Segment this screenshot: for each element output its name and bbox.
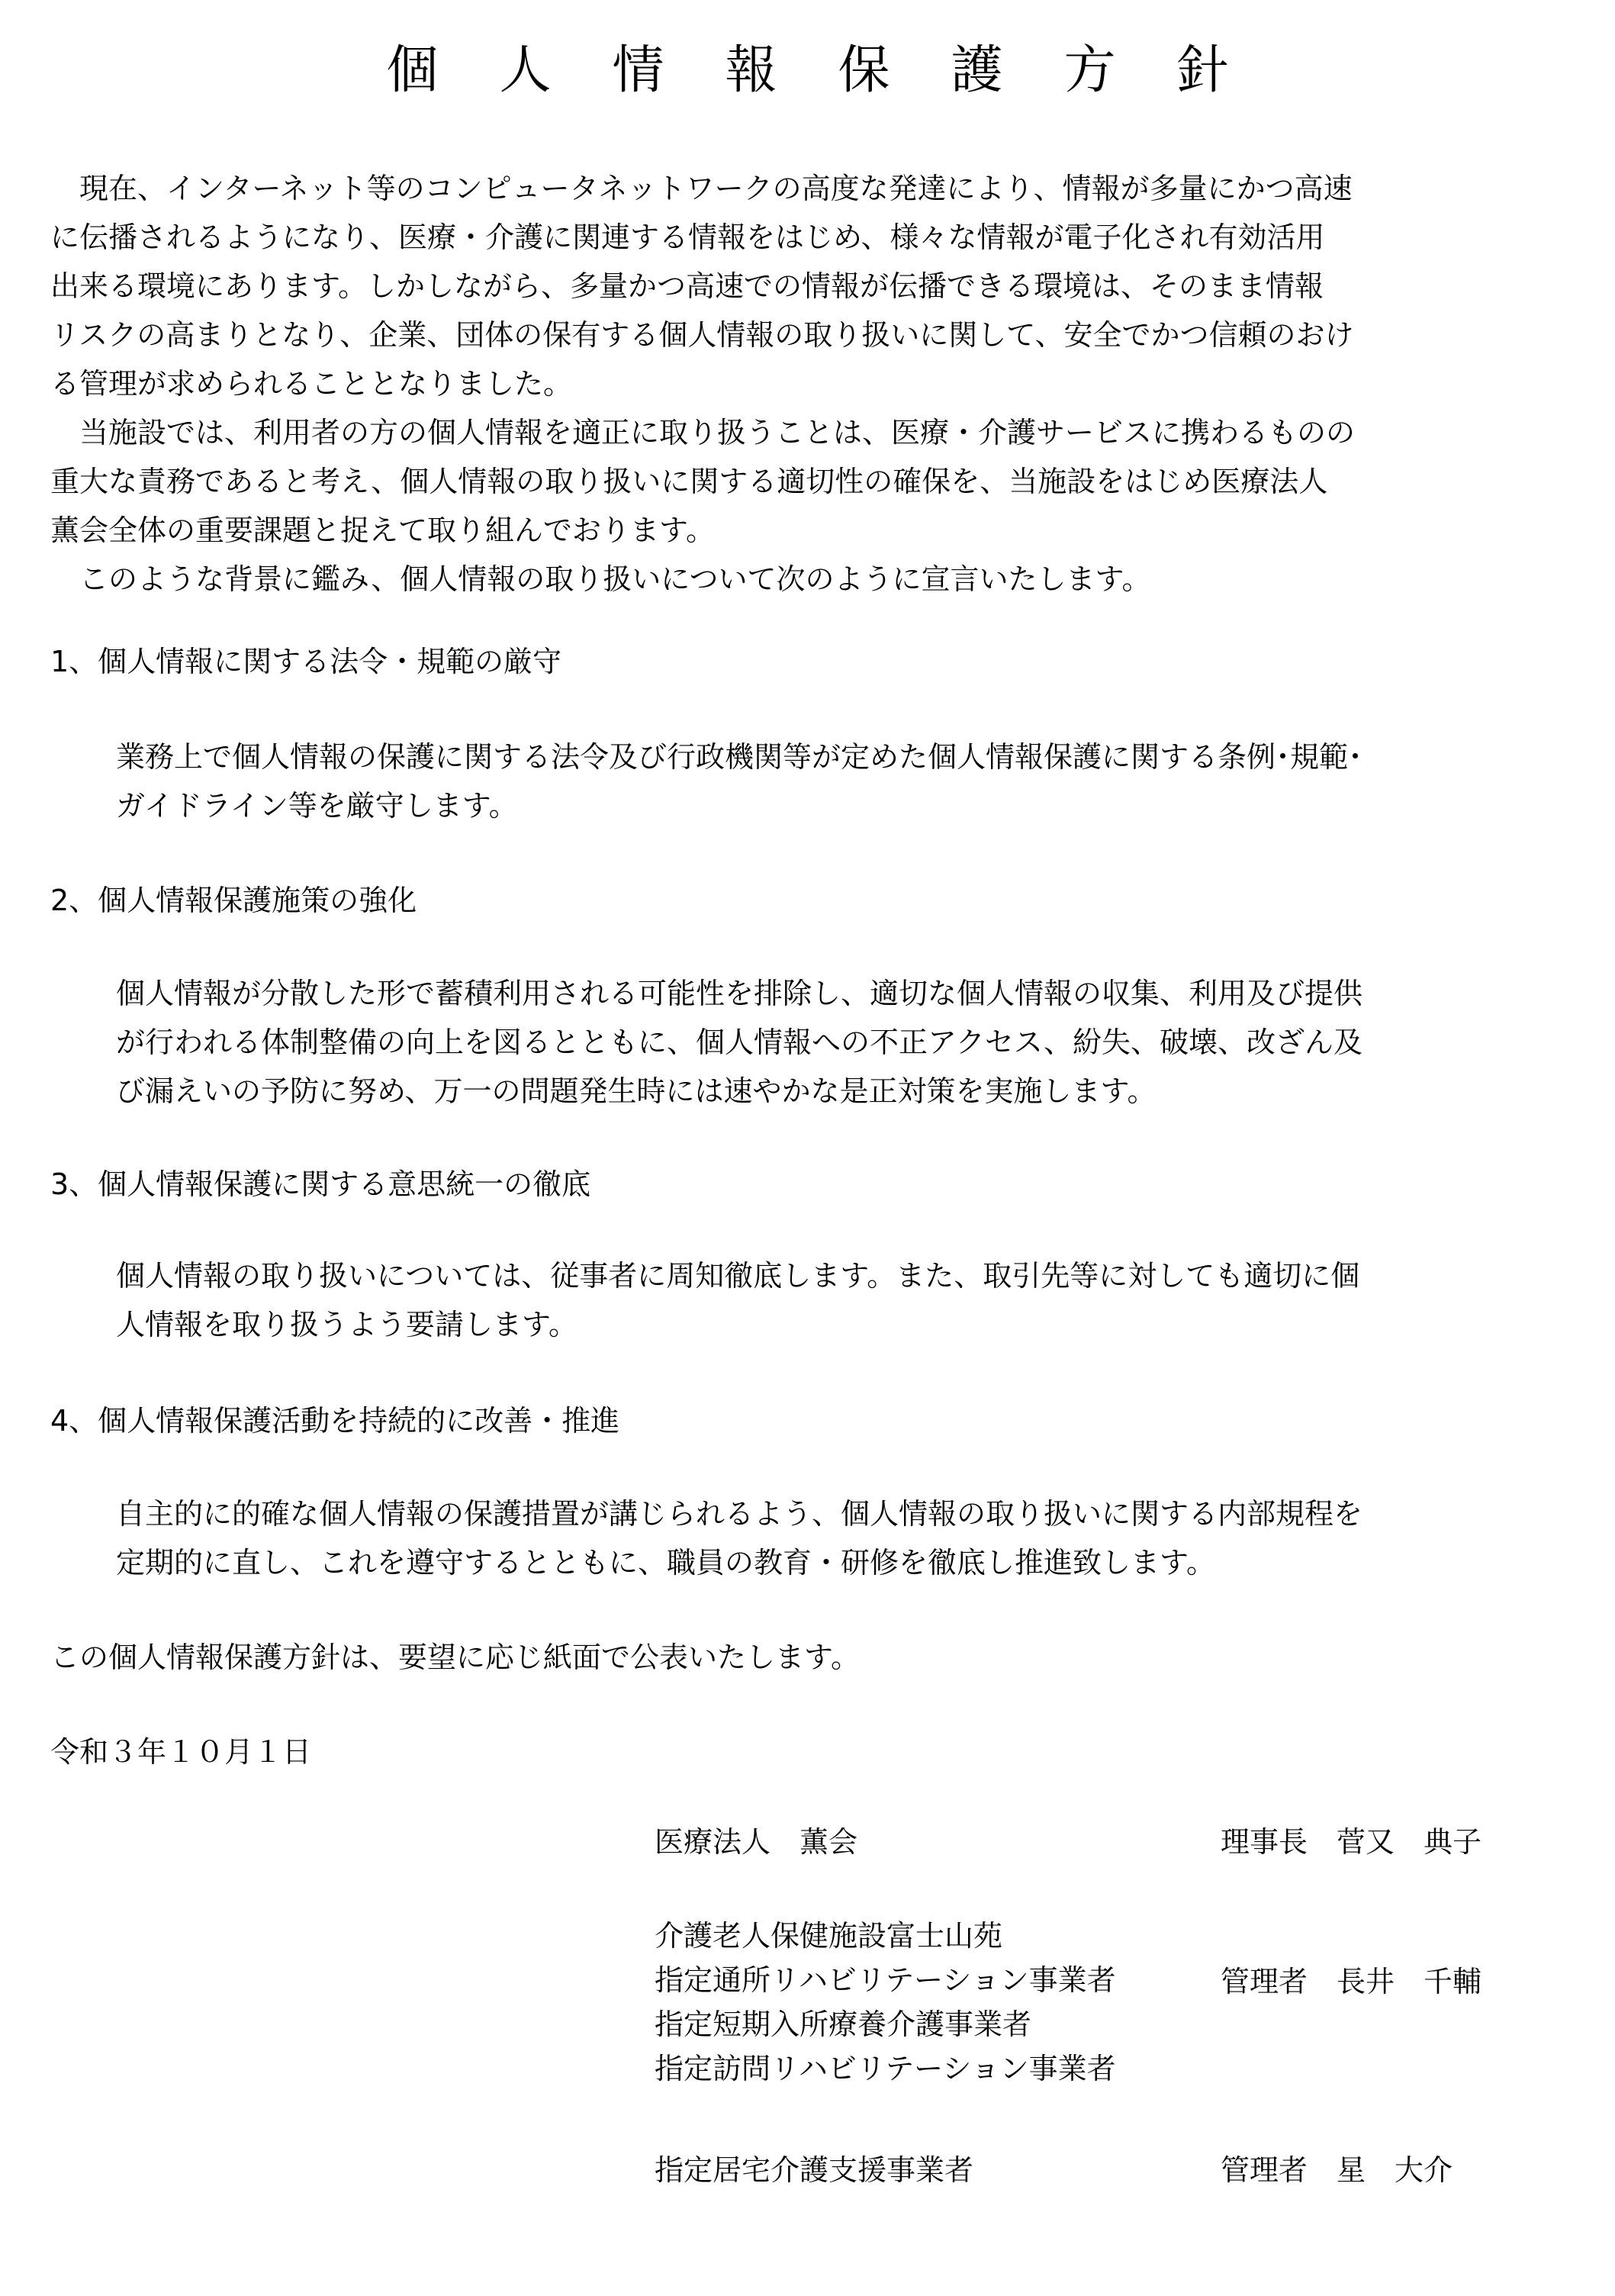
document-page: 個人情報保護方針 現在、インターネット等のコンピュータネットワークの高度な発達に… <box>0 0 1615 2296</box>
signature-org-line: 医療法人 薫会 <box>655 1818 857 1862</box>
section-body-line: 個人情報の取り扱いについては、従事者に周知徹底します。また、取引先等に対しても適… <box>116 1251 1359 1300</box>
section-body-line: ガイドライン等を厳守します。 <box>116 781 1362 830</box>
title-char: 方 <box>1063 37 1118 105</box>
section-body-line: 人情報を取り扱うよう要請します。 <box>116 1300 1359 1349</box>
title-char: 報 <box>724 37 779 105</box>
intro-line: このような背景に鑑み、個人情報の取り扱いについて次のように宣言いたします。 <box>50 555 1576 604</box>
signature-org-line: 介護老人保健施設富士山苑 <box>655 1911 1116 1956</box>
title-char: 保 <box>837 37 892 105</box>
section-heading-2: 2、個人情報保護施策の強化 <box>50 876 417 925</box>
signature-role-2: 管理者 長井 千輔 <box>1221 1957 1481 2006</box>
closing-statement: この個人情報保護方針は、要望に応じ紙面で公表いたします。 <box>50 1633 860 1682</box>
section-heading-4: 4、個人情報保護活動を持続的に改善・推進 <box>50 1396 619 1445</box>
section-body-2: 個人情報が分散した形で蓄積利用される可能性を排除し、適切な個人情報の収集、利用及… <box>116 969 1362 1116</box>
issue-date: 令和３年１０月１日 <box>50 1728 311 1776</box>
intro-line: 現在、インターネット等のコンピュータネットワークの高度な発達により、情報が多量に… <box>50 164 1576 213</box>
section-body-line: 定期的に直し、これを遵守するとともに、職員の教育・研修を徹底し推進致します。 <box>116 1538 1362 1587</box>
intro-line: に伝播されるようになり、医療・介護に関連する情報をはじめ、様々な情報が電子化され… <box>50 213 1576 262</box>
section-body-line: 個人情報が分散した形で蓄積利用される可能性を排除し、適切な個人情報の収集、利用及… <box>116 969 1362 1018</box>
signature-role-1: 理事長 菅又 典子 <box>1221 1818 1481 1866</box>
section-body-4: 自主的に的確な個人情報の保護措置が講じられるよう、個人情報の取り扱いに関する内部… <box>116 1489 1362 1587</box>
section-body-line: び漏えいの予防に努め、万一の問題発生時には速やかな是正対策を実施します。 <box>116 1067 1362 1116</box>
title-char: 人 <box>498 37 553 105</box>
signature-org-line: 指定通所リハビリテーション事業者 <box>655 1956 1116 2000</box>
signature-org-1: 医療法人 薫会 <box>655 1818 857 1862</box>
intro-line: リスクの高まりとなり、企業、団体の保有する個人情報の取り扱いに関して、安全でかつ… <box>50 311 1576 359</box>
signature-org-3: 指定居宅介護支援事業者 <box>655 2146 973 2190</box>
signature-org-line: 指定短期入所療養介護事業者 <box>655 2000 1116 2044</box>
section-body-line: 自主的に的確な個人情報の保護措置が講じられるよう、個人情報の取り扱いに関する内部… <box>116 1489 1362 1538</box>
intro-line: 当施設では、利用者の方の個人情報を適正に取り扱うことは、医療・介護サービスに携わ… <box>50 408 1576 457</box>
section-heading-1: 1、個人情報に関する法令・規範の厳守 <box>50 637 561 686</box>
title-char: 情 <box>611 37 666 105</box>
title-char: 個 <box>385 37 440 105</box>
page-title: 個人情報保護方針 <box>0 37 1615 105</box>
section-body-3: 個人情報の取り扱いについては、従事者に周知徹底します。また、取引先等に対しても適… <box>116 1251 1359 1349</box>
intro-line: 重大な責務であると考え、個人情報の取り扱いに関する適切性の確保を、当施設をはじめ… <box>50 457 1576 506</box>
section-body-line: が行われる体制整備の向上を図るとともに、個人情報への不正アクセス、紛失、破壊、改… <box>116 1018 1362 1067</box>
signature-org-2: 介護老人保健施設富士山苑 指定通所リハビリテーション事業者 指定短期入所療養介護… <box>655 1911 1116 2088</box>
title-char: 護 <box>950 37 1005 105</box>
signature-org-line: 指定訪問リハビリテーション事業者 <box>655 2044 1116 2088</box>
section-heading-3: 3、個人情報保護に関する意思統一の徹底 <box>50 1160 590 1209</box>
title-char: 針 <box>1176 37 1231 105</box>
intro-paragraph: 現在、インターネット等のコンピュータネットワークの高度な発達により、情報が多量に… <box>50 164 1576 604</box>
section-body-1: 業務上で個人情報の保護に関する法令及び行政機関等が定めた個人情報保護に関する条例… <box>116 733 1362 830</box>
intro-line: 薫会全体の重要課題と捉えて取り組んでおります。 <box>50 506 1576 555</box>
intro-line: 出来る環境にあります。しかしながら、多量かつ高速での情報が伝播できる環境は、その… <box>50 262 1576 311</box>
signature-org-line: 指定居宅介護支援事業者 <box>655 2146 973 2190</box>
section-body-line: 業務上で個人情報の保護に関する法令及び行政機関等が定めた個人情報保護に関する条例… <box>116 733 1362 781</box>
intro-line: る管理が求められることとなりました。 <box>50 359 1576 408</box>
signature-role-3: 管理者 星 大介 <box>1221 2146 1453 2195</box>
